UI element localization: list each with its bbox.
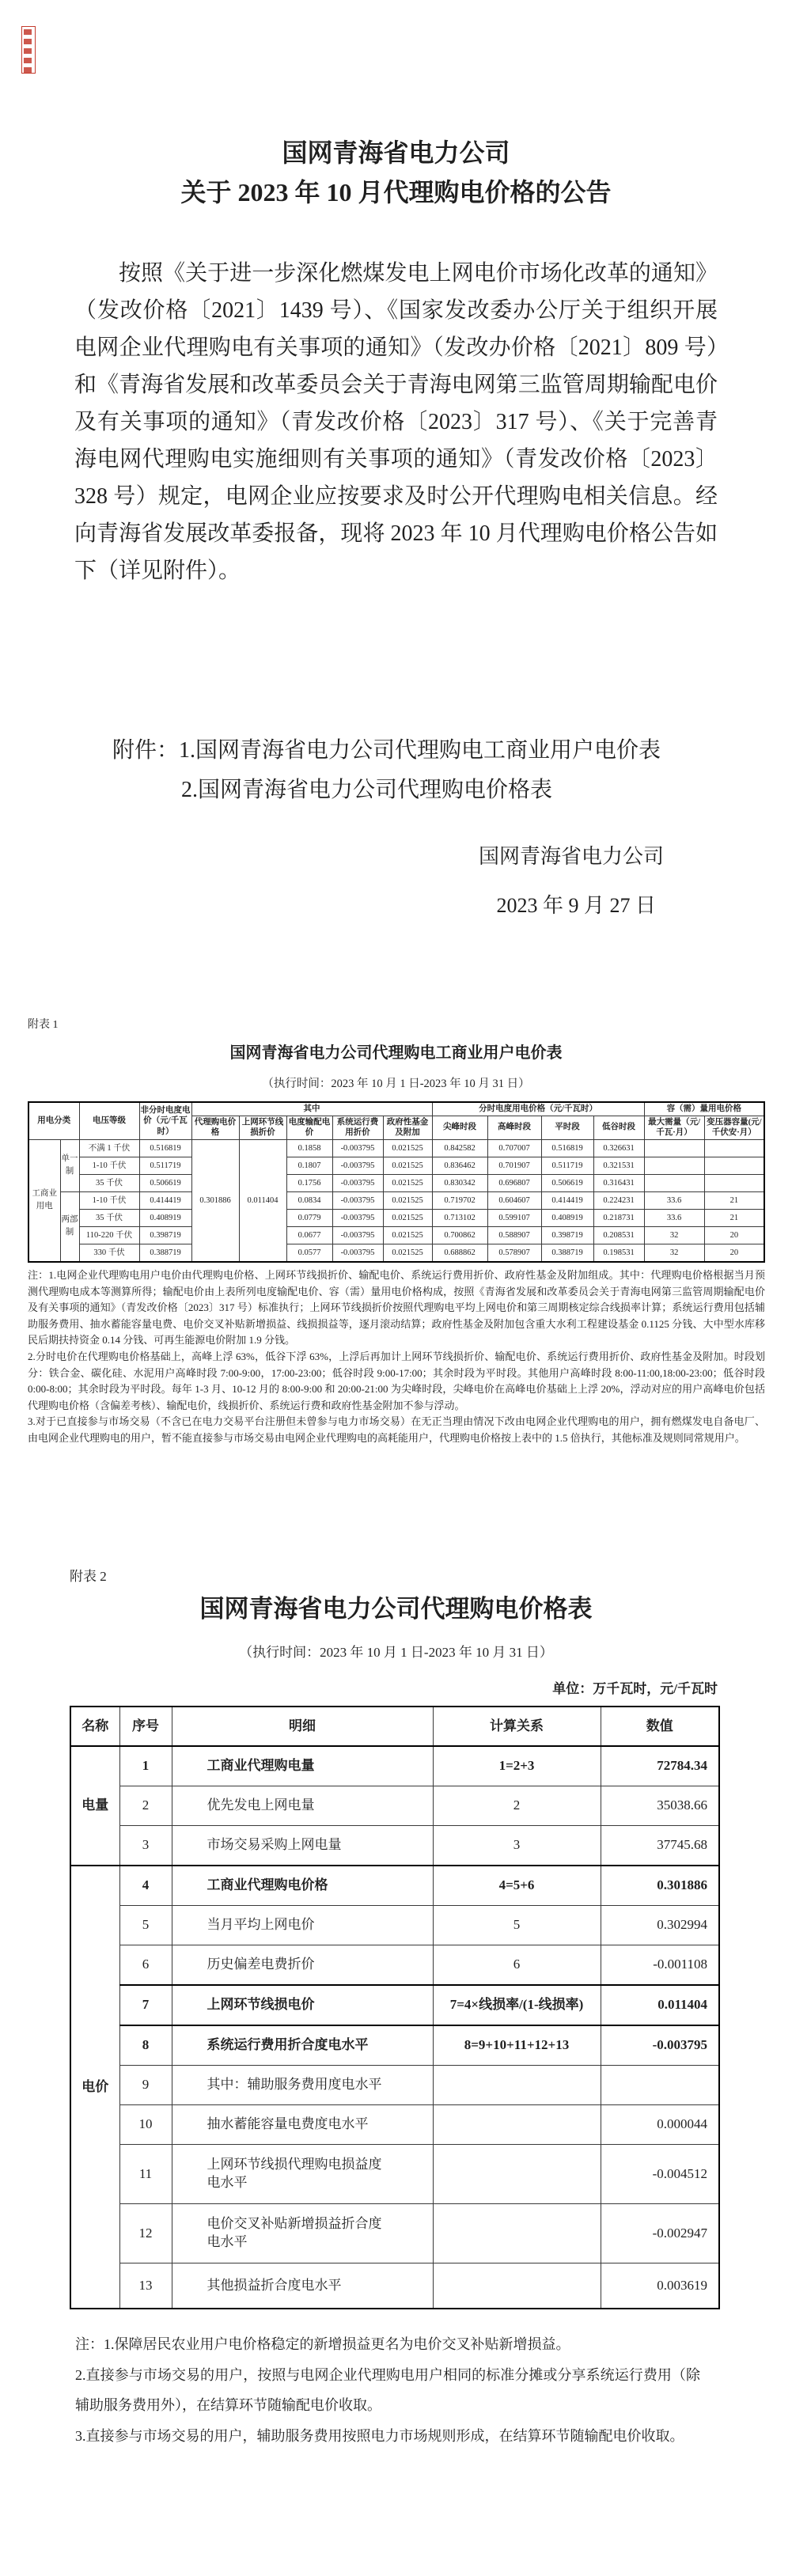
table-cell: 0.713102 bbox=[432, 1209, 487, 1226]
table-cell: 不满 1 千伏 bbox=[79, 1139, 139, 1157]
annex1-notes: 注：1.电网企业代理购电用户电价由代理购电价格、上网环节线损折价、输配电价、系统… bbox=[28, 1267, 765, 1447]
table-cell: 0.224231 bbox=[593, 1191, 644, 1209]
table-header-row: 名称 序号 明细 计算关系 数值 bbox=[70, 1707, 719, 1746]
annex2-note-3: 3.直接参与市场交易的用户，辅助服务费用按照电力市场规则形成，在结算环节随输配电… bbox=[75, 2421, 700, 2452]
table-cell: 3 bbox=[119, 1826, 172, 1866]
table-cell bbox=[644, 1139, 704, 1157]
table-row: 电价 4 工商业代理购电价格 4=5+6 0.301886 bbox=[70, 1866, 719, 1906]
red-stamp-icon bbox=[21, 26, 36, 74]
table-cell: 工商业代理购电价格 bbox=[172, 1866, 433, 1906]
header-cell: 用电分类 bbox=[28, 1102, 79, 1139]
table-cell: 72784.34 bbox=[601, 1746, 719, 1786]
table-cell: 优先发电上网电量 bbox=[172, 1786, 433, 1826]
table-cell: 2 bbox=[433, 1786, 601, 1826]
table-row: 9 其中：辅助服务费用度电水平 bbox=[70, 2066, 719, 2105]
table-cell: 0.021525 bbox=[383, 1191, 432, 1209]
header-cell: 数值 bbox=[601, 1707, 719, 1746]
table-row: 两部制 1-10 千伏 0.414419 0.0834 -0.003795 0.… bbox=[28, 1191, 764, 1209]
table-cell: -0.003795 bbox=[332, 1191, 383, 1209]
table-cell: 13 bbox=[119, 2263, 172, 2309]
table-cell: 20 bbox=[704, 1226, 764, 1244]
table-cell: 0.302994 bbox=[601, 1906, 719, 1945]
table-cell: 当月平均上网电价 bbox=[172, 1906, 433, 1945]
table-cell: -0.003795 bbox=[332, 1139, 383, 1157]
table-cell: 5 bbox=[119, 1906, 172, 1945]
table-cell: 0.398719 bbox=[139, 1226, 191, 1244]
document-title-line2: 关于 2023 年 10 月代理购电价格的公告 bbox=[0, 172, 792, 212]
table-row: 工商业用电 单一制 不满 1 千伏 0.516819 0.301886 0.01… bbox=[28, 1139, 764, 1157]
table-cell: 1-10 千伏 bbox=[79, 1191, 139, 1209]
table-cell: 0.301886 bbox=[601, 1866, 719, 1906]
table-cell: 2 bbox=[119, 1786, 172, 1826]
table-cell bbox=[433, 2263, 601, 2309]
header-cell: 高峰时段 bbox=[487, 1116, 541, 1139]
group-cell: 电价 bbox=[70, 1866, 119, 2309]
table-cell: 电价交叉补贴新增损益折合度电水平 bbox=[172, 2204, 433, 2263]
table-cell: 历史偏差电费折价 bbox=[172, 1945, 433, 1986]
table-cell: 0.516819 bbox=[139, 1139, 191, 1157]
table-cell: 其中：辅助服务费用度电水平 bbox=[172, 2066, 433, 2105]
table-row: 6 历史偏差电费折价 6 -0.001108 bbox=[70, 1945, 719, 1986]
table-cell: 0.218731 bbox=[593, 1209, 644, 1226]
table-cell: 33.6 bbox=[644, 1209, 704, 1226]
table-cell: 9 bbox=[119, 2066, 172, 2105]
header-cell: 非分时电度电价（元/千瓦时） bbox=[139, 1102, 191, 1139]
table-cell: 0.506619 bbox=[541, 1174, 593, 1191]
table-cell: 工商业用电 bbox=[28, 1139, 60, 1262]
table-cell bbox=[704, 1139, 764, 1157]
table-cell: 35 千伏 bbox=[79, 1174, 139, 1191]
table-cell: -0.003795 bbox=[332, 1174, 383, 1191]
annex1-title: 国网青海省电力公司代理购电工商业用户电价表 bbox=[0, 1040, 792, 1063]
table-cell: 1 bbox=[119, 1746, 172, 1786]
annex1-note-1: 注：1.电网企业代理购电用户电价由代理购电价格、上网环节线损折价、输配电价、系统… bbox=[28, 1267, 765, 1349]
table-cell: -0.003795 bbox=[601, 2025, 719, 2066]
table-cell: 0.0677 bbox=[286, 1226, 332, 1244]
signature-company: 国网青海省电力公司 bbox=[479, 840, 664, 869]
table-cell: -0.003795 bbox=[332, 1244, 383, 1262]
table-cell: 3 bbox=[433, 1826, 601, 1866]
table-cell: 35 千伏 bbox=[79, 1209, 139, 1226]
document-title: 国网青海省电力公司 关于 2023 年 10 月代理购电价格的公告 bbox=[0, 133, 792, 212]
table-cell: 0.696807 bbox=[487, 1174, 541, 1191]
table-header-row: 用电分类 电压等级 非分时电度电价（元/千瓦时） 其中 分时电度用电价格（元/千… bbox=[28, 1102, 764, 1116]
table-cell: 0.003619 bbox=[601, 2263, 719, 2309]
annex1-note-3: 3.对于已直接参与市场交易（不含已在电力交易平台注册但未曾参与电力市场交易）在无… bbox=[28, 1414, 765, 1446]
header-cell: 电压等级 bbox=[79, 1102, 139, 1139]
annex2-label: 附表 2 bbox=[70, 1565, 107, 1585]
table-cell: 0.604607 bbox=[487, 1191, 541, 1209]
table-cell: 0.021525 bbox=[383, 1139, 432, 1157]
table-row: 12 电价交叉补贴新增损益折合度电水平 -0.002947 bbox=[70, 2204, 719, 2263]
table-cell: 0.408919 bbox=[139, 1209, 191, 1226]
table-cell: -0.004512 bbox=[601, 2145, 719, 2204]
table-cell: 110-220 千伏 bbox=[79, 1226, 139, 1244]
header-cell: 变压器容量(元/千伏安·月） bbox=[704, 1116, 764, 1139]
table-row: 7 上网环节线损电价 7=4×线损率/(1-线损率) 0.011404 bbox=[70, 1985, 719, 2025]
table-cell: 32 bbox=[644, 1244, 704, 1262]
table-cell: 5 bbox=[433, 1906, 601, 1945]
table-cell: 8=9+10+11+12+13 bbox=[433, 2025, 601, 2066]
table-cell: 0.198531 bbox=[593, 1244, 644, 1262]
table-cell: 0.316431 bbox=[593, 1174, 644, 1191]
table-cell: 0.599107 bbox=[487, 1209, 541, 1226]
table-cell bbox=[433, 2066, 601, 2105]
table-cell: 0.021525 bbox=[383, 1226, 432, 1244]
table-row: 10 抽水蓄能容量电费度电水平 0.000044 bbox=[70, 2105, 719, 2145]
table-cell bbox=[601, 2066, 719, 2105]
table-cell: 0.1756 bbox=[286, 1174, 332, 1191]
table-cell: 7 bbox=[119, 1985, 172, 2025]
table-cell: 35038.66 bbox=[601, 1786, 719, 1826]
table-cell: 0.000044 bbox=[601, 2105, 719, 2145]
table-cell: 两部制 bbox=[60, 1191, 79, 1262]
table-cell: 0.842582 bbox=[432, 1139, 487, 1157]
header-cell: 低谷时段 bbox=[593, 1116, 644, 1139]
table-cell: 0.398719 bbox=[541, 1226, 593, 1244]
table-cell: 0.707007 bbox=[487, 1139, 541, 1157]
header-cell: 平时段 bbox=[541, 1116, 593, 1139]
header-cell: 政府性基金及附加 bbox=[383, 1116, 432, 1139]
annex2-note-1: 注：1.保障居民农业用户电价格稳定的新增损益更名为电价交叉补贴新增损益。 bbox=[75, 2329, 700, 2360]
table-cell: 单一制 bbox=[60, 1139, 79, 1191]
attachment-line-1: 附件：1.国网青海省电力公司代理购电工商业用户电价表 bbox=[74, 733, 731, 764]
table-cell bbox=[644, 1174, 704, 1191]
table-row: 11 上网环节线损代理购电损益度电水平 -0.004512 bbox=[70, 2145, 719, 2204]
group-cell: 电量 bbox=[70, 1746, 119, 1866]
table-cell: 37745.68 bbox=[601, 1826, 719, 1866]
table-cell: 0.021525 bbox=[383, 1174, 432, 1191]
table-cell: 20 bbox=[704, 1244, 764, 1262]
table-cell: 21 bbox=[704, 1191, 764, 1209]
document-title-line1: 国网青海省电力公司 bbox=[0, 133, 792, 172]
table-cell: 0.511719 bbox=[541, 1157, 593, 1174]
table-cell: 上网环节线损电价 bbox=[172, 1985, 433, 2025]
table-cell: 0.388719 bbox=[139, 1244, 191, 1262]
table-cell: 其他损益折合度电水平 bbox=[172, 2263, 433, 2309]
table-cell: 12 bbox=[119, 2204, 172, 2263]
header-cell: 容（需）量用电价格 bbox=[644, 1102, 764, 1116]
table-cell: 7=4×线损率/(1-线损率) bbox=[433, 1985, 601, 2025]
table-cell bbox=[704, 1174, 764, 1191]
header-cell: 代理购电价格 bbox=[191, 1116, 239, 1139]
table-row: 电量 1 工商业代理购电量 1=2+3 72784.34 bbox=[70, 1746, 719, 1786]
table-cell: -0.003795 bbox=[332, 1209, 383, 1226]
header-cell: 上网环节线损折价 bbox=[239, 1116, 286, 1139]
table-cell: 6 bbox=[119, 1945, 172, 1986]
annex2-note-2: 2.直接参与市场交易的用户，按照与电网企业代理购电用户相同的标准分摊或分享系统运… bbox=[75, 2360, 700, 2421]
table-cell: 0.388719 bbox=[541, 1244, 593, 1262]
table-cell bbox=[433, 2145, 601, 2204]
attachment-line-2: 2.国网青海省电力公司代理购电价格表 bbox=[74, 772, 731, 804]
annex2-exec-time: （执行时间：2023 年 10 月 1 日-2023 年 10 月 31 日） bbox=[0, 1641, 792, 1661]
header-cell: 名称 bbox=[70, 1707, 119, 1746]
agency-price-table: 名称 序号 明细 计算关系 数值 电量 1 工商业代理购电量 1=2+3 727… bbox=[70, 1706, 720, 2309]
table-cell: 21 bbox=[704, 1209, 764, 1226]
table-cell: 0.414419 bbox=[139, 1191, 191, 1209]
annex2-unit-note: 单位：万千瓦时，元/千瓦时 bbox=[552, 1677, 718, 1697]
header-cell: 最大需量（元/千瓦·月） bbox=[644, 1116, 704, 1139]
table-cell: 0.701907 bbox=[487, 1157, 541, 1174]
table-cell: 0.321531 bbox=[593, 1157, 644, 1174]
commercial-price-table: 用电分类 电压等级 非分时电度电价（元/千瓦时） 其中 分时电度用电价格（元/千… bbox=[28, 1101, 765, 1263]
table-cell: 32 bbox=[644, 1226, 704, 1244]
header-cell: 明细 bbox=[172, 1707, 433, 1746]
table-cell: 系统运行费用折合度电水平 bbox=[172, 2025, 433, 2066]
table-cell: 0.578907 bbox=[487, 1244, 541, 1262]
document-body-paragraph: 按照《关于进一步深化燃煤发电上网电价市场化改革的通知》（发改价格〔2021〕14… bbox=[74, 255, 718, 589]
table-row: 35 千伏 0.506619 0.1756 -0.003795 0.021525… bbox=[28, 1174, 764, 1191]
header-cell: 计算关系 bbox=[433, 1707, 601, 1746]
header-cell: 序号 bbox=[119, 1707, 172, 1746]
table-cell: 0.0779 bbox=[286, 1209, 332, 1226]
table-cell: 0.588907 bbox=[487, 1226, 541, 1244]
table-row: 35 千伏 0.408919 0.0779 -0.003795 0.021525… bbox=[28, 1209, 764, 1226]
table-cell: 0.021525 bbox=[383, 1209, 432, 1226]
header-cell: 电度输配电价 bbox=[286, 1116, 332, 1139]
table-cell: 0.021525 bbox=[383, 1157, 432, 1174]
table-cell: 市场交易采购上网电量 bbox=[172, 1826, 433, 1866]
table-cell: 0.408919 bbox=[541, 1209, 593, 1226]
table-row: 5 当月平均上网电价 5 0.302994 bbox=[70, 1906, 719, 1945]
table-cell bbox=[644, 1157, 704, 1174]
table-row: 2 优先发电上网电量 2 35038.66 bbox=[70, 1786, 719, 1826]
table-cell: 330 千伏 bbox=[79, 1244, 139, 1262]
table-cell: 0.688862 bbox=[432, 1244, 487, 1262]
annex2-notes: 注：1.保障居民农业用户电价格稳定的新增损益更名为电价交叉补贴新增损益。 2.直… bbox=[75, 2329, 700, 2451]
table-cell: 0.011404 bbox=[239, 1139, 286, 1262]
table-cell: 0.719702 bbox=[432, 1191, 487, 1209]
table-cell bbox=[433, 2105, 601, 2145]
table-cell: 10 bbox=[119, 2105, 172, 2145]
table-row: 110-220 千伏 0.398719 0.0677 -0.003795 0.0… bbox=[28, 1226, 764, 1244]
table-cell: -0.001108 bbox=[601, 1945, 719, 1986]
table-cell: 0.1807 bbox=[286, 1157, 332, 1174]
table-cell: 0.830342 bbox=[432, 1174, 487, 1191]
table-cell: 11 bbox=[119, 2145, 172, 2204]
signature-date: 2023 年 9 月 27 日 bbox=[496, 889, 656, 919]
table-cell: 4=5+6 bbox=[433, 1866, 601, 1906]
table-cell: 4 bbox=[119, 1866, 172, 1906]
table-cell: 0.301886 bbox=[191, 1139, 239, 1262]
annex1-exec-time: （执行时间：2023 年 10 月 1 日-2023 年 10 月 31 日） bbox=[0, 1074, 792, 1091]
header-cell: 其中 bbox=[191, 1102, 432, 1116]
table-cell: 上网环节线损代理购电损益度电水平 bbox=[172, 2145, 433, 2204]
table-row: 13 其他损益折合度电水平 0.003619 bbox=[70, 2263, 719, 2309]
table-cell: 0.414419 bbox=[541, 1191, 593, 1209]
table-cell: 工商业代理购电量 bbox=[172, 1746, 433, 1786]
table-row: 3 市场交易采购上网电量 3 37745.68 bbox=[70, 1826, 719, 1866]
table-cell: 0.021525 bbox=[383, 1244, 432, 1262]
table-cell: -0.002947 bbox=[601, 2204, 719, 2263]
table-cell: 33.6 bbox=[644, 1191, 704, 1209]
table-cell: 0.0577 bbox=[286, 1244, 332, 1262]
table-cell: 6 bbox=[433, 1945, 601, 1986]
table-row: 330 千伏 0.388719 0.0577 -0.003795 0.02152… bbox=[28, 1244, 764, 1262]
annex1-note-2: 2.分时电价在代理购电价格基础上，高峰上浮 63%，低谷下浮 63%，上浮后再加… bbox=[28, 1349, 765, 1414]
annex1-label: 附表 1 bbox=[28, 1016, 59, 1032]
header-cell: 尖峰时段 bbox=[432, 1116, 487, 1139]
header-cell: 系统运行费用折价 bbox=[332, 1116, 383, 1139]
table-cell bbox=[704, 1157, 764, 1174]
table-cell: 0.208531 bbox=[593, 1226, 644, 1244]
table-cell: 1-10 千伏 bbox=[79, 1157, 139, 1174]
table-row: 8 系统运行费用折合度电水平 8=9+10+11+12+13 -0.003795 bbox=[70, 2025, 719, 2066]
table-cell: 0.506619 bbox=[139, 1174, 191, 1191]
table-row: 1-10 千伏 0.511719 0.1807 -0.003795 0.0215… bbox=[28, 1157, 764, 1174]
table-cell: 0.516819 bbox=[541, 1139, 593, 1157]
table-cell bbox=[433, 2204, 601, 2263]
table-cell: 0.011404 bbox=[601, 1985, 719, 2025]
table-cell: 8 bbox=[119, 2025, 172, 2066]
header-cell: 分时电度用电价格（元/千瓦时） bbox=[432, 1102, 644, 1116]
table-cell: 0.700862 bbox=[432, 1226, 487, 1244]
document-page: 国网青海省电力公司 关于 2023 年 10 月代理购电价格的公告 按照《关于进… bbox=[0, 0, 792, 2576]
table-cell: -0.003795 bbox=[332, 1157, 383, 1174]
table-cell: 0.836462 bbox=[432, 1157, 487, 1174]
table-cell: 抽水蓄能容量电费度电水平 bbox=[172, 2105, 433, 2145]
table-cell: 0.326631 bbox=[593, 1139, 644, 1157]
table-cell: 1=2+3 bbox=[433, 1746, 601, 1786]
table-cell: 0.1858 bbox=[286, 1139, 332, 1157]
annex2-title: 国网青海省电力公司代理购电价格表 bbox=[0, 1589, 792, 1624]
table-cell: -0.003795 bbox=[332, 1226, 383, 1244]
table-cell: 0.511719 bbox=[139, 1157, 191, 1174]
table-cell: 0.0834 bbox=[286, 1191, 332, 1209]
